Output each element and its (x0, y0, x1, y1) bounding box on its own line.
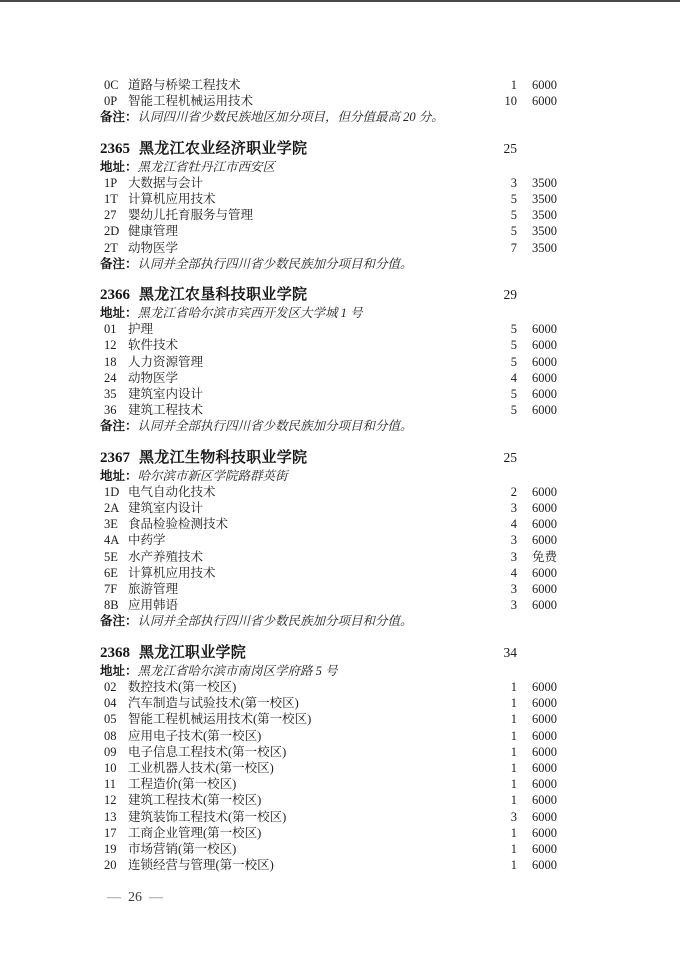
institution-plan-total: 25 (481, 139, 517, 159)
institution-section: 2368黑龙江职业学院34地址：黑龙江省哈尔滨市南岗区学府路 5 号02数控技术… (100, 643, 557, 874)
tuition-fee: 3500 (517, 207, 557, 223)
institution-title: 2365黑龙江农业经济职业学院 (100, 139, 481, 159)
tuition-fee: 6000 (517, 532, 557, 548)
document-page: 0C道路与桥梁工程技术160000P智能工程机械运用技术106000备注：认同四… (0, 0, 680, 961)
major-row: 02数控技术(第一校区)16000 (100, 679, 557, 695)
major-code: 12 (104, 792, 128, 808)
major-name: 建筑工程技术(第一校区) (128, 792, 481, 808)
institution-code: 2368 (100, 645, 130, 661)
major-name: 智能工程机械运用技术(第一校区) (128, 711, 481, 727)
major-name: 健康管理 (128, 223, 481, 239)
tuition-fee: 6000 (517, 809, 557, 825)
major-name: 应用电子技术(第一校区) (128, 728, 481, 744)
address-line: 地址：黑龙江省牡丹江市西安区 (100, 159, 557, 175)
major-name: 旅游管理 (128, 581, 481, 597)
tuition-fee: 6000 (517, 841, 557, 857)
major-row: 4A中药学36000 (100, 532, 557, 548)
remark-label: 备注： (100, 614, 138, 628)
institution-plan-total: 34 (481, 643, 517, 663)
plan-count: 1 (481, 744, 517, 760)
plan-count: 5 (481, 191, 517, 207)
tuition-fee: 6000 (517, 565, 557, 581)
address-label: 地址： (100, 160, 138, 174)
major-row: 09电子信息工程技术(第一校区)16000 (100, 744, 557, 760)
page-footer: —26— (100, 890, 170, 906)
major-name: 大数据与会计 (128, 175, 481, 191)
page-top-edge (0, 0, 680, 2)
major-row: 2D健康管理53500 (100, 223, 557, 239)
major-name: 智能工程机械运用技术 (128, 93, 481, 109)
major-code: 08 (104, 728, 128, 744)
major-row: 13建筑装饰工程技术(第一校区)36000 (100, 809, 557, 825)
major-code: 1P (104, 175, 128, 191)
major-row: 36建筑工程技术56000 (100, 402, 557, 418)
plan-count: 7 (481, 240, 517, 256)
major-row: 01护理56000 (100, 321, 557, 337)
major-code: 13 (104, 809, 128, 825)
tuition-fee: 6000 (517, 354, 557, 370)
institution-section: 0C道路与桥梁工程技术160000P智能工程机械运用技术106000备注：认同四… (100, 77, 557, 126)
major-name: 数控技术(第一校区) (128, 679, 481, 695)
tuition-fee: 6000 (517, 321, 557, 337)
plan-count: 3 (481, 809, 517, 825)
major-row: 18人力资源管理56000 (100, 354, 557, 370)
major-code: 11 (104, 776, 128, 792)
plan-count: 1 (481, 711, 517, 727)
major-name: 汽车制造与试验技术(第一校区) (128, 695, 481, 711)
major-code: 6E (104, 565, 128, 581)
major-row: 35建筑室内设计56000 (100, 386, 557, 402)
institution-title: 2367黑龙江生物科技职业学院 (100, 448, 481, 468)
major-code: 1T (104, 191, 128, 207)
major-code: 02 (104, 679, 128, 695)
plan-count: 3 (481, 532, 517, 548)
tuition-fee: 3500 (517, 191, 557, 207)
major-row: 1P大数据与会计33500 (100, 175, 557, 191)
major-name: 建筑室内设计 (128, 386, 481, 402)
major-name: 水产养殖技术 (128, 549, 481, 565)
plan-count: 10 (481, 93, 517, 109)
institution-header: 2367黑龙江生物科技职业学院25 (100, 448, 557, 468)
major-code: 8B (104, 597, 128, 613)
major-code: 5E (104, 549, 128, 565)
plan-count: 5 (481, 386, 517, 402)
institution-section: 2366黑龙江农垦科技职业学院29地址：黑龙江省哈尔滨市宾西开发区大学城 1 号… (100, 285, 557, 435)
tuition-fee: 6000 (517, 337, 557, 353)
plan-count: 5 (481, 207, 517, 223)
address-text: 黑龙江省哈尔滨市宾西开发区大学城 1 号 (138, 306, 363, 320)
institution-plan-total: 29 (481, 285, 517, 305)
major-name: 动物医学 (128, 240, 481, 256)
plan-count: 3 (481, 175, 517, 191)
major-row: 24动物医学46000 (100, 370, 557, 386)
major-row: 12软件技术56000 (100, 337, 557, 353)
remark-line: 备注：认同并全部执行四川省少数民族加分项目和分值。 (100, 613, 557, 629)
major-code: 18 (104, 354, 128, 370)
institution-title: 2368黑龙江职业学院 (100, 643, 481, 663)
address-line: 地址：哈尔滨市新区学院路群英街 (100, 468, 557, 484)
major-name: 建筑室内设计 (128, 500, 481, 516)
plan-count: 5 (481, 354, 517, 370)
major-name: 工程造价(第一校区) (128, 776, 481, 792)
tuition-fee: 6000 (517, 825, 557, 841)
institution-header: 2365黑龙江农业经济职业学院25 (100, 139, 557, 159)
major-code: 2A (104, 500, 128, 516)
major-row: 0C道路与桥梁工程技术16000 (100, 77, 557, 93)
remark-text: 认同并全部执行四川省少数民族加分项目和分值。 (138, 419, 413, 433)
major-row: 2T动物医学73500 (100, 240, 557, 256)
tuition-fee: 6000 (517, 711, 557, 727)
plan-count: 1 (481, 695, 517, 711)
major-code: 24 (104, 370, 128, 386)
plan-count: 1 (481, 679, 517, 695)
institution-name: 黑龙江生物科技职业学院 (139, 449, 307, 466)
major-code: 0C (104, 77, 128, 93)
major-name: 建筑工程技术 (128, 402, 481, 418)
plan-count: 5 (481, 223, 517, 239)
plan-count: 5 (481, 321, 517, 337)
major-name: 工业机器人技术(第一校区) (128, 760, 481, 776)
institution-header: 2368黑龙江职业学院34 (100, 643, 557, 663)
page-number: 26 (128, 890, 142, 905)
tuition-fee: 6000 (517, 500, 557, 516)
major-code: 12 (104, 337, 128, 353)
major-name: 电子信息工程技术(第一校区) (128, 744, 481, 760)
major-code: 17 (104, 825, 128, 841)
remark-label: 备注： (100, 257, 138, 271)
plan-count: 5 (481, 402, 517, 418)
tuition-fee: 6000 (517, 744, 557, 760)
tuition-fee: 6000 (517, 857, 557, 873)
address-text: 哈尔滨市新区学院路群英街 (138, 469, 288, 483)
major-row: 1T计算机应用技术53500 (100, 191, 557, 207)
major-name: 建筑装饰工程技术(第一校区) (128, 809, 481, 825)
plan-count: 4 (481, 516, 517, 532)
tuition-fee: 6000 (517, 695, 557, 711)
address-text: 黑龙江省哈尔滨市南岗区学府路 5 号 (138, 664, 338, 678)
address-line: 地址：黑龙江省哈尔滨市宾西开发区大学城 1 号 (100, 305, 557, 321)
institution-plan-total: 25 (481, 448, 517, 468)
remark-label: 备注： (100, 419, 138, 433)
major-name: 中药学 (128, 532, 481, 548)
major-code: 1D (104, 484, 128, 500)
institution-section: 2367黑龙江生物科技职业学院25地址：哈尔滨市新区学院路群英街1D电气自动化技… (100, 448, 557, 630)
plan-count: 1 (481, 760, 517, 776)
tuition-fee: 6000 (517, 516, 557, 532)
tuition-fee: 6000 (517, 93, 557, 109)
major-code: 2T (104, 240, 128, 256)
plan-count: 1 (481, 792, 517, 808)
plan-count: 1 (481, 857, 517, 873)
major-code: 05 (104, 711, 128, 727)
major-code: 09 (104, 744, 128, 760)
major-name: 道路与桥梁工程技术 (128, 77, 481, 93)
major-row: 27婴幼儿托育服务与管理53500 (100, 207, 557, 223)
major-row: 2A建筑室内设计36000 (100, 500, 557, 516)
institution-name: 黑龙江农垦科技职业学院 (139, 286, 307, 303)
major-name: 婴幼儿托育服务与管理 (128, 207, 481, 223)
footer-dash-right: — (149, 890, 163, 905)
major-code: 27 (104, 207, 128, 223)
institution-name: 黑龙江农业经济职业学院 (139, 140, 307, 157)
tuition-fee: 6000 (517, 679, 557, 695)
major-name: 软件技术 (128, 337, 481, 353)
institution-header: 2366黑龙江农垦科技职业学院29 (100, 285, 557, 305)
admission-plan-list: 0C道路与桥梁工程技术160000P智能工程机械运用技术106000备注：认同四… (100, 77, 557, 873)
institution-code: 2365 (100, 141, 130, 157)
plan-count: 1 (481, 728, 517, 744)
plan-count: 4 (481, 565, 517, 581)
tuition-fee: 3500 (517, 240, 557, 256)
major-row: 08应用电子技术(第一校区)16000 (100, 728, 557, 744)
plan-count: 5 (481, 337, 517, 353)
plan-count: 1 (481, 77, 517, 93)
address-label: 地址： (100, 469, 138, 483)
address-text: 黑龙江省牡丹江市西安区 (138, 160, 276, 174)
plan-count: 3 (481, 597, 517, 613)
plan-count: 3 (481, 549, 517, 565)
tuition-fee: 6000 (517, 581, 557, 597)
remark-text: 认同并全部执行四川省少数民族加分项目和分值。 (138, 257, 413, 271)
remark-text: 认同并全部执行四川省少数民族加分项目和分值。 (138, 614, 413, 628)
major-row: 17工商企业管理(第一校区)16000 (100, 825, 557, 841)
institution-title: 2366黑龙江农垦科技职业学院 (100, 285, 481, 305)
remark-text: 认同四川省少数民族地区加分项目，但分值最高 20 分。 (138, 110, 444, 124)
plan-count: 1 (481, 825, 517, 841)
major-row: 7F旅游管理36000 (100, 581, 557, 597)
plan-count: 1 (481, 776, 517, 792)
major-row: 3E食品检验检测技术46000 (100, 516, 557, 532)
major-code: 0P (104, 93, 128, 109)
major-row: 04汽车制造与试验技术(第一校区)16000 (100, 695, 557, 711)
major-name: 人力资源管理 (128, 354, 481, 370)
tuition-fee: 6000 (517, 760, 557, 776)
tuition-fee: 6000 (517, 792, 557, 808)
major-code: 04 (104, 695, 128, 711)
major-code: 7F (104, 581, 128, 597)
major-code: 4A (104, 532, 128, 548)
plan-count: 2 (481, 484, 517, 500)
tuition-fee: 6000 (517, 728, 557, 744)
plan-count: 4 (481, 370, 517, 386)
major-code: 01 (104, 321, 128, 337)
tuition-fee: 6000 (517, 370, 557, 386)
remark-line: 备注：认同并全部执行四川省少数民族加分项目和分值。 (100, 418, 557, 434)
major-row: 05智能工程机械运用技术(第一校区)16000 (100, 711, 557, 727)
major-name: 动物医学 (128, 370, 481, 386)
major-name: 连锁经营与管理(第一校区) (128, 857, 481, 873)
plan-count: 3 (481, 500, 517, 516)
remark-line: 备注：认同并全部执行四川省少数民族加分项目和分值。 (100, 256, 557, 272)
institution-code: 2366 (100, 287, 130, 303)
tuition-fee: 6000 (517, 402, 557, 418)
institution-name: 黑龙江职业学院 (139, 644, 246, 661)
tuition-fee: 6000 (517, 484, 557, 500)
institution-code: 2367 (100, 450, 130, 466)
tuition-fee: 3500 (517, 175, 557, 191)
major-code: 19 (104, 841, 128, 857)
major-code: 2D (104, 223, 128, 239)
major-name: 计算机应用技术 (128, 565, 481, 581)
major-name: 护理 (128, 321, 481, 337)
major-name: 应用韩语 (128, 597, 481, 613)
major-row: 10工业机器人技术(第一校区)16000 (100, 760, 557, 776)
tuition-fee: 6000 (517, 597, 557, 613)
major-row: 19市场营销(第一校区)16000 (100, 841, 557, 857)
major-name: 食品检验检测技术 (128, 516, 481, 532)
major-row: 6E计算机应用技术46000 (100, 565, 557, 581)
major-row: 0P智能工程机械运用技术106000 (100, 93, 557, 109)
remark-line: 备注：认同四川省少数民族地区加分项目，但分值最高 20 分。 (100, 109, 557, 125)
major-row: 1D电气自动化技术26000 (100, 484, 557, 500)
tuition-fee: 6000 (517, 386, 557, 402)
major-name: 计算机应用技术 (128, 191, 481, 207)
tuition-fee: 3500 (517, 223, 557, 239)
major-code: 3E (104, 516, 128, 532)
remark-label: 备注： (100, 110, 138, 124)
plan-count: 3 (481, 581, 517, 597)
major-code: 35 (104, 386, 128, 402)
major-code: 10 (104, 760, 128, 776)
major-row: 20连锁经营与管理(第一校区)16000 (100, 857, 557, 873)
plan-count: 1 (481, 841, 517, 857)
footer-dash-left: — (107, 890, 121, 905)
major-row: 8B应用韩语36000 (100, 597, 557, 613)
major-row: 11工程造价(第一校区)16000 (100, 776, 557, 792)
address-label: 地址： (100, 306, 138, 320)
major-name: 市场营销(第一校区) (128, 841, 481, 857)
address-line: 地址：黑龙江省哈尔滨市南岗区学府路 5 号 (100, 663, 557, 679)
major-name: 电气自动化技术 (128, 484, 481, 500)
major-code: 36 (104, 402, 128, 418)
major-name: 工商企业管理(第一校区) (128, 825, 481, 841)
tuition-fee: 6000 (517, 776, 557, 792)
address-label: 地址： (100, 664, 138, 678)
major-code: 20 (104, 857, 128, 873)
tuition-fee: 6000 (517, 77, 557, 93)
major-row: 12建筑工程技术(第一校区)16000 (100, 792, 557, 808)
tuition-fee: 免费 (517, 549, 557, 565)
institution-section: 2365黑龙江农业经济职业学院25地址：黑龙江省牡丹江市西安区1P大数据与会计3… (100, 139, 557, 272)
major-row: 5E水产养殖技术3免费 (100, 549, 557, 565)
